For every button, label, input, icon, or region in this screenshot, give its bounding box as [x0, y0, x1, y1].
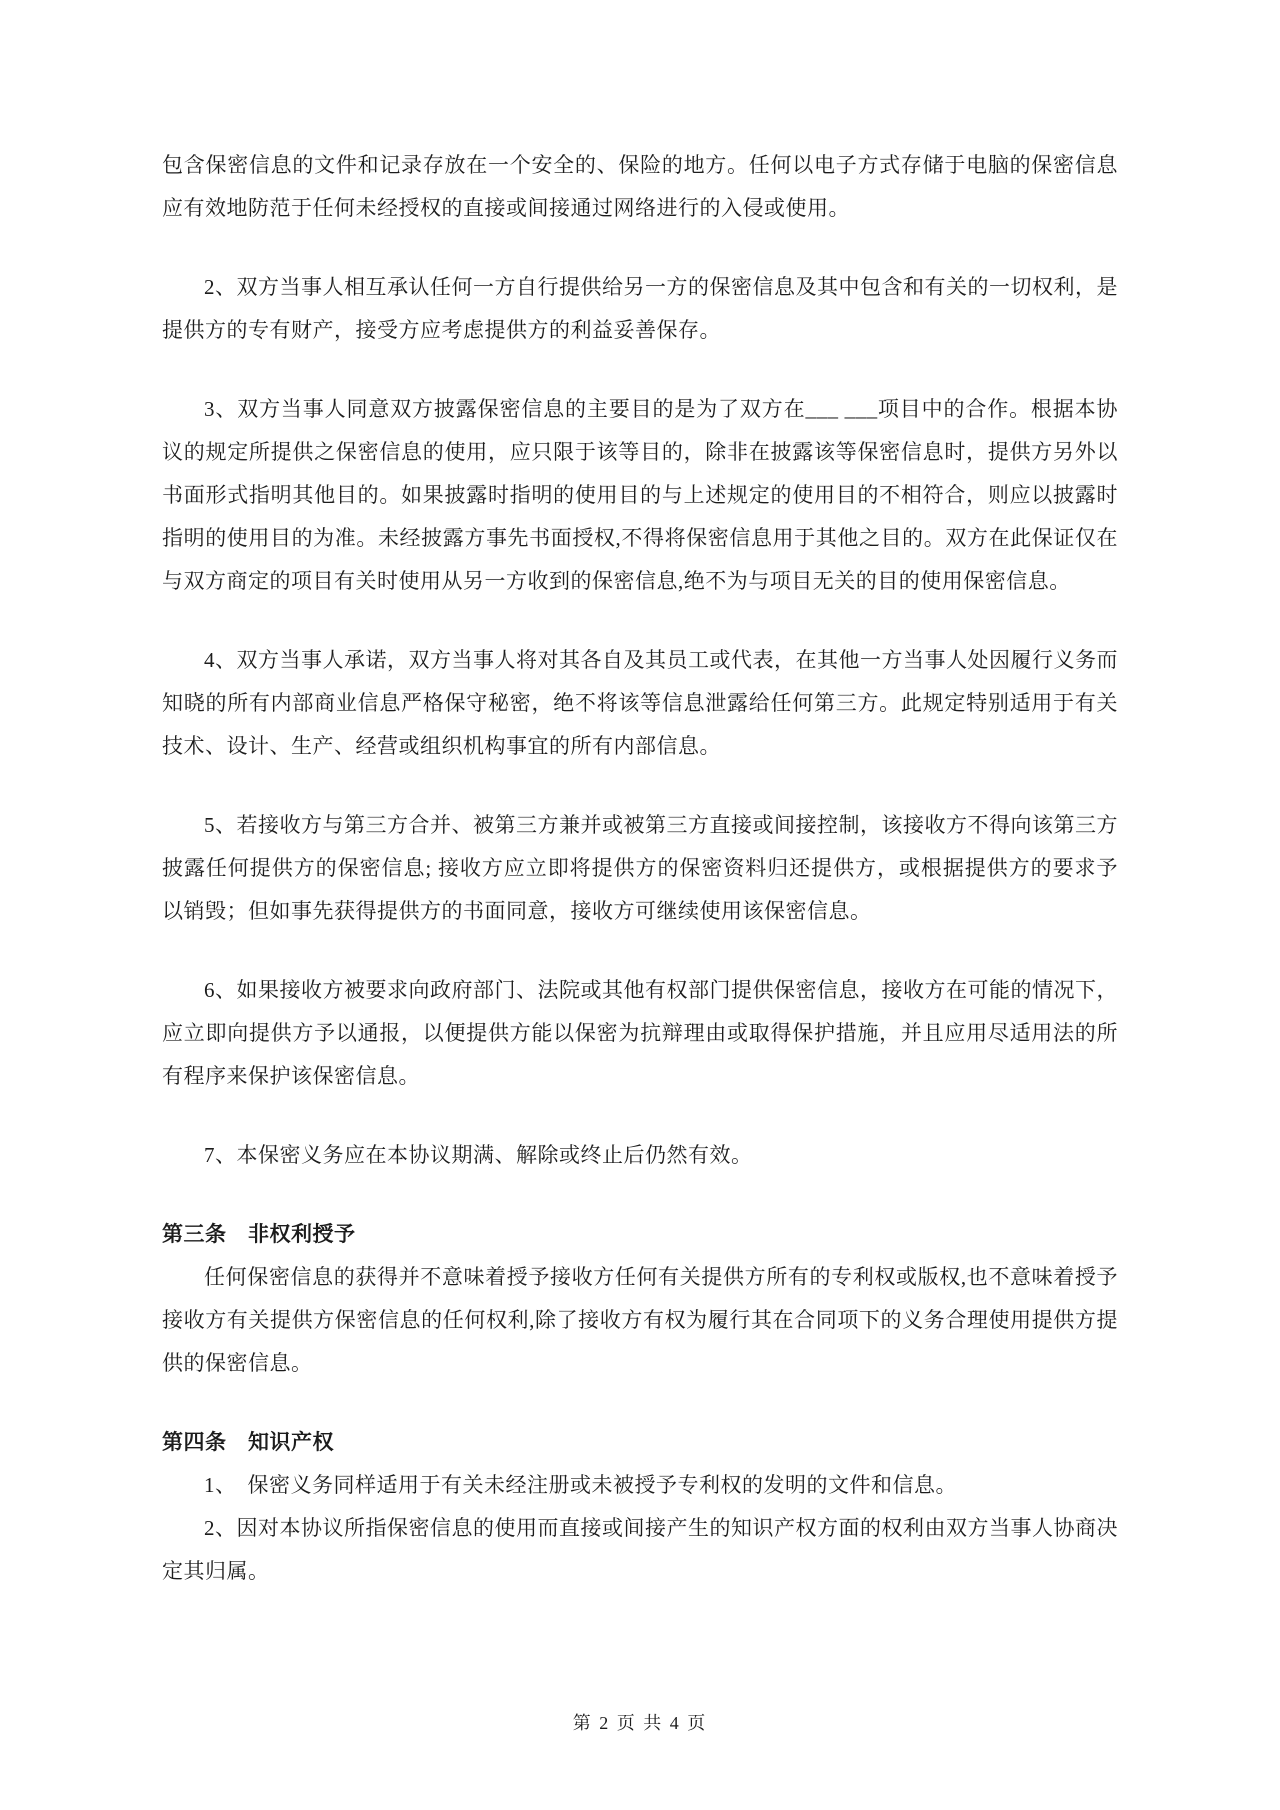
paragraph-5: 5、若接收方与第三方合并、被第三方兼并或被第三方直接或间接控制，该接收方不得向该…	[162, 804, 1118, 933]
section-4-heading: 第四条 知识产权	[162, 1421, 1118, 1464]
paragraph-3: 3、双方当事人同意双方披露保密信息的主要目的是为了双方在___ ___项目中的合…	[162, 388, 1118, 603]
section-4-item-2: 2、因对本协议所指保密信息的使用而直接或间接产生的知识产权方面的权利由双方当事人…	[162, 1507, 1118, 1593]
section-4-item-1: 1、 保密义务同样适用于有关未经注册或未被授予专利权的发明的文件和信息。	[162, 1464, 1118, 1507]
page-footer: 第 2 页 共 4 页	[0, 1703, 1280, 1743]
paragraph-6: 6、如果接收方被要求向政府部门、法院或其他有权部门提供保密信息，接收方在可能的情…	[162, 969, 1118, 1098]
document-body: 包含保密信息的文件和记录存放在一个安全的、保险的地方。任何以电子方式存储于电脑的…	[162, 144, 1118, 1593]
paragraph-2: 2、双方当事人相互承认任何一方自行提供给另一方的保密信息及其中包含和有关的一切权…	[162, 266, 1118, 352]
section-3-heading: 第三条 非权利授予	[162, 1213, 1118, 1256]
paragraph-4: 4、双方当事人承诺，双方当事人将对其各自及其员工或代表，在其他一方当事人处因履行…	[162, 639, 1118, 768]
document-page: 包含保密信息的文件和记录存放在一个安全的、保险的地方。任何以电子方式存储于电脑的…	[0, 0, 1280, 1810]
paragraph-continuation: 包含保密信息的文件和记录存放在一个安全的、保险的地方。任何以电子方式存储于电脑的…	[162, 144, 1118, 230]
section-3-body: 任何保密信息的获得并不意味着授予接收方任何有关提供方所有的专利权或版权,也不意味…	[162, 1256, 1118, 1385]
paragraph-7: 7、本保密义务应在本协议期满、解除或终止后仍然有效。	[162, 1134, 1118, 1177]
